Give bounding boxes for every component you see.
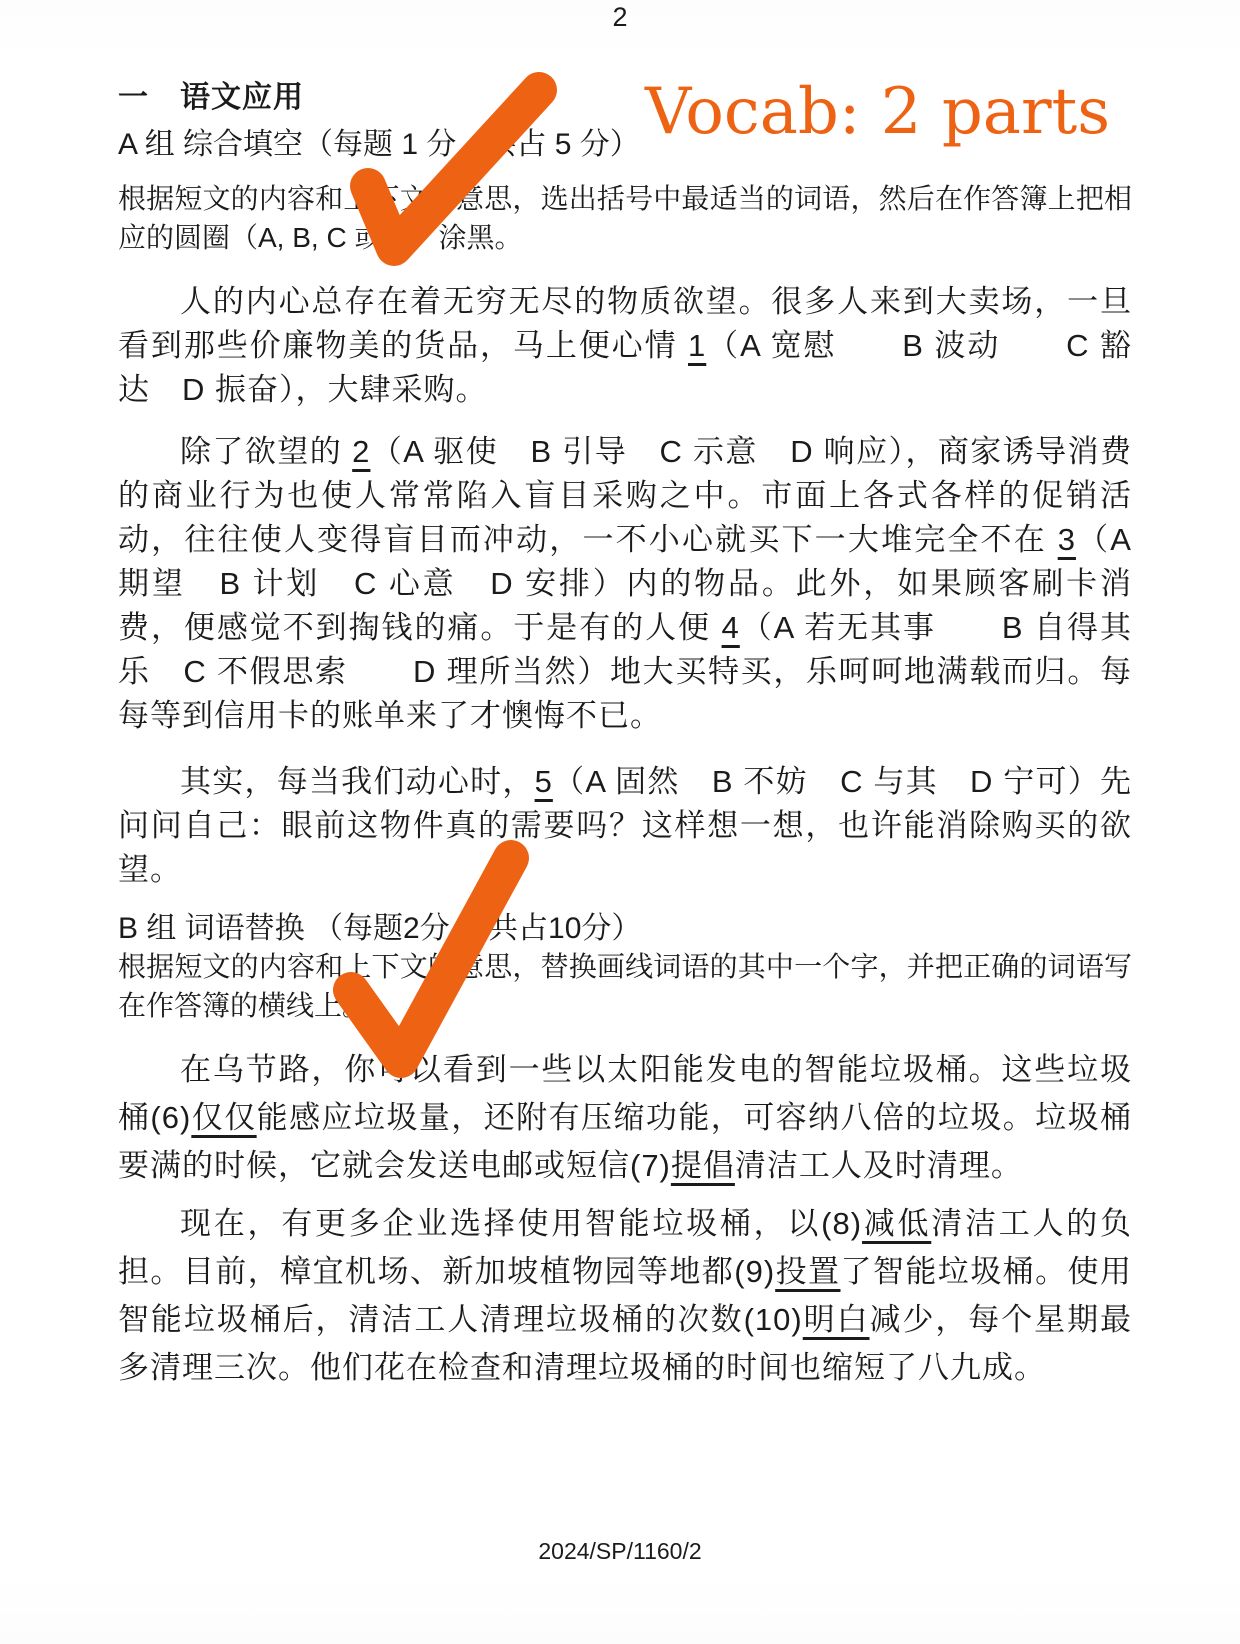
document-page: 2 一 语文应用 A 组 综合填空（每题 1 分，共占 5 分） 根据短文的内容…: [0, 0, 1240, 1644]
passage-paragraph: 现在，有更多企业选择使用智能垃圾桶，以(8)减低清洁工人的负担。目前，樟宜机场、…: [118, 1200, 1132, 1392]
document-reference-code: 2024/SP/1160/2: [0, 1538, 1240, 1565]
part-a-instructions: 根据短文的内容和上下文的意思，选出括号中最适当的词语，然后在作答簿上把相应的圆圈…: [118, 179, 1132, 257]
underlined-term: 投置: [775, 1254, 840, 1289]
underlined-term: 减低: [862, 1206, 931, 1241]
underlined-term: 5: [535, 764, 553, 799]
underlined-term: 4: [722, 610, 740, 645]
handwritten-note: Vocab: 2 parts: [644, 75, 1110, 149]
page-number: 2: [0, 2, 1240, 33]
underlined-term: 明白: [803, 1302, 870, 1337]
passage-paragraph: 其实，每当我们动心时，5（A 固然 B 不妨 C 与其 D 宁可）先问问自己：眼…: [118, 760, 1132, 892]
part-b-passage: 在乌节路，你可以看到一些以太阳能发电的智能垃圾桶。这些垃圾桶(6)仅仅能感应垃圾…: [118, 1046, 1132, 1392]
section-title: 一 语文应用: [118, 72, 304, 116]
underlined-term: 1: [688, 328, 706, 363]
underlined-term: 仅仅: [191, 1100, 256, 1135]
part-b-instructions: 根据短文的内容和上下文的意思，替换画线词语的其中一个字，并把正确的词语写在作答簿…: [118, 947, 1132, 1025]
text-run: 清洁工人及时清理。: [735, 1148, 1023, 1183]
text-run: 除了欲望的: [180, 434, 352, 469]
passage-paragraph: 除了欲望的 2（A 驱使 B 引导 C 示意 D 响应），商家诱导消费的商业行为…: [118, 430, 1132, 738]
text-run: 其实，每当我们动心时，: [180, 764, 535, 799]
underlined-term: 提倡: [671, 1148, 735, 1183]
underlined-term: 3: [1058, 522, 1076, 557]
part-b-heading: B 组 词语替换 （每题2分， 共占10分）: [118, 903, 641, 947]
passage-paragraph: 人的内心总存在着无穷无尽的物质欲望。很多人来到大卖场，一旦看到那些价廉物美的货品…: [118, 280, 1132, 412]
part-a-passage: 人的内心总存在着无穷无尽的物质欲望。很多人来到大卖场，一旦看到那些价廉物美的货品…: [118, 280, 1132, 892]
text-run: 现在，有更多企业选择使用智能垃圾桶，以(8): [180, 1206, 862, 1241]
passage-paragraph: 在乌节路，你可以看到一些以太阳能发电的智能垃圾桶。这些垃圾桶(6)仅仅能感应垃圾…: [118, 1046, 1132, 1190]
underlined-term: 2: [352, 434, 370, 469]
part-a-heading: A 组 综合填空（每题 1 分，共占 5 分）: [118, 119, 640, 163]
